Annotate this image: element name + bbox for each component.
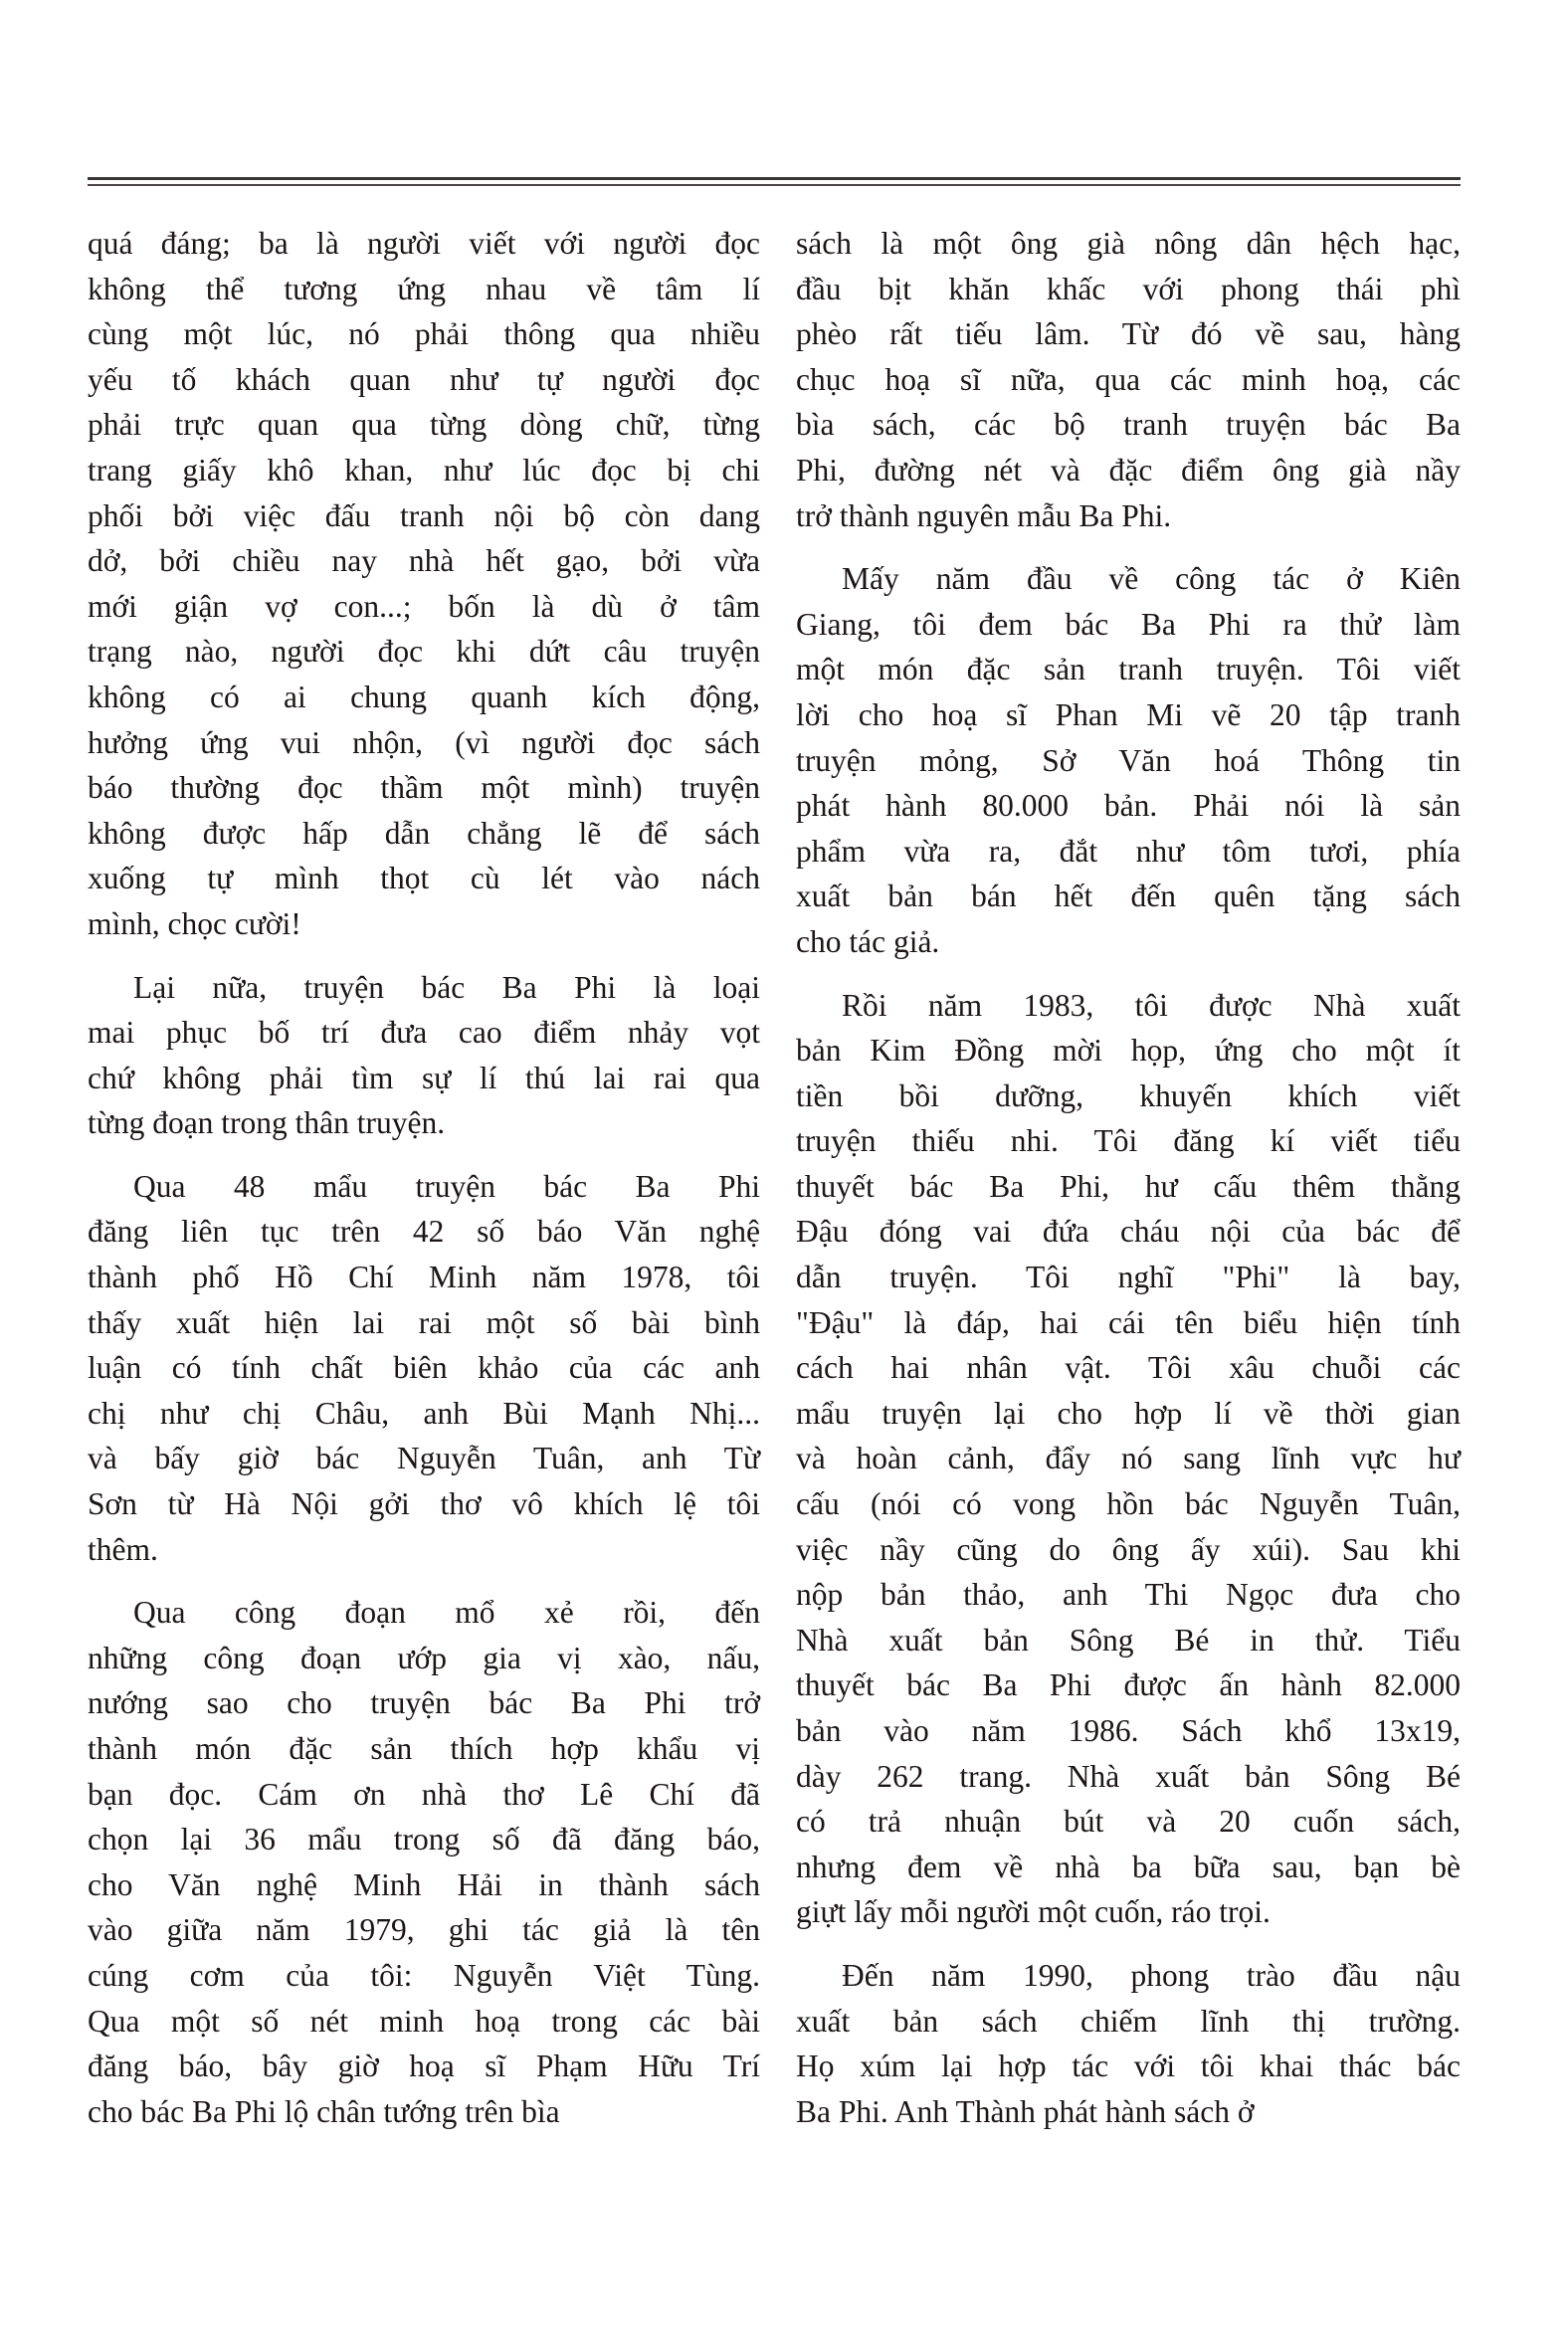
paragraph: sách là một ông già nông dân hệch hạc,đầ…: [796, 221, 1461, 538]
text-line: xuống tự mình thọt cù lét vào nách: [88, 856, 760, 901]
text-line: Nhà xuất bản Sông Bé in thử. Tiểu: [796, 1618, 1461, 1663]
text-line: Giang, tôi đem bác Ba Phi ra thử làm: [796, 602, 1461, 648]
text-line: Họ xúm lại hợp tác với tôi khai thác bác: [796, 2044, 1461, 2089]
text-line: đầu bịt khăn khấc với phong thái phì: [796, 267, 1461, 312]
text-line: thành món đặc sản thích hợp khẩu vị: [88, 1726, 760, 1772]
text-line: và bấy giờ bác Nguyễn Tuân, anh Từ: [88, 1436, 760, 1481]
text-line: Mấy năm đầu về công tác ở Kiên: [796, 556, 1461, 602]
text-line: vào giữa năm 1979, ghi tác giả là tên: [88, 1907, 760, 1953]
text-line: xuất bản bán hết đến quên tặng sách: [796, 874, 1461, 919]
text-line: không được hấp dẫn chẳng lẽ để sách: [88, 811, 760, 857]
text-line: đăng liên tục trên 42 số báo Văn nghệ: [88, 1209, 760, 1255]
text-line: bản Kim Đồng mời họp, ứng cho một ít: [796, 1028, 1461, 1074]
text-line: không thể tương ứng nhau về tâm lí: [88, 267, 760, 312]
text-line: thành phố Hồ Chí Minh năm 1978, tôi: [88, 1255, 760, 1300]
text-line: chị như chị Châu, anh Bùi Mạnh Nhị...: [88, 1391, 760, 1437]
text-line: Sơn từ Hà Nội gởi thơ vô khích lệ tôi: [88, 1481, 760, 1527]
text-line: cấu (nói có vong hồn bác Nguyễn Tuân,: [796, 1481, 1461, 1527]
text-line: thuyết bác Ba Phi, hư cấu thêm thằng: [796, 1164, 1461, 1210]
paragraph: Qua công đoạn mổ xẻ rồi, đếnnhững công đ…: [88, 1590, 760, 2134]
text-line: dở, bởi chiều nay nhà hết gạo, bởi vừa: [88, 538, 760, 584]
text-line: mình, chọc cười!: [88, 901, 760, 947]
text-line: chọn lại 36 mẩu trong số đã đăng báo,: [88, 1817, 760, 1862]
text-line: một món đặc sản tranh truyện. Tôi viết: [796, 647, 1461, 692]
text-line: Đến năm 1990, phong trào đầu nậu: [796, 1953, 1461, 1999]
text-line: "Đậu" là đáp, hai cái tên biểu hiện tính: [796, 1300, 1461, 1346]
text-line: trở thành nguyên mẫu Ba Phi.: [796, 493, 1461, 539]
text-line: truyện thiếu nhi. Tôi đăng kí viết tiểu: [796, 1118, 1461, 1164]
paragraph: Rồi năm 1983, tôi được Nhà xuấtbản Kim Đ…: [796, 983, 1461, 1935]
text-line: Lại nữa, truyện bác Ba Phi là loại: [88, 965, 760, 1011]
text-line: trang giấy khô khan, như lúc đọc bị chi: [88, 448, 760, 493]
paragraph: Qua 48 mẩu truyện bác Ba Phiđăng liên tụ…: [88, 1164, 760, 1572]
text-line: nhưng đem về nhà ba bữa sau, bạn bè: [796, 1845, 1461, 1890]
text-line: mai phục bố trí đưa cao điểm nhảy vọt: [88, 1010, 760, 1056]
text-line: thuyết bác Ba Phi được ấn hành 82.000: [796, 1662, 1461, 1708]
text-line: Qua một số nét minh hoạ trong các bài: [88, 1999, 760, 2045]
text-line: bìa sách, các bộ tranh truyện bác Ba: [796, 402, 1461, 448]
text-line: thấy xuất hiện lai rai một số bài bình: [88, 1300, 760, 1346]
text-line: chứ không phải tìm sự lí thú lai rai qua: [88, 1056, 760, 1101]
right-column: sách là một ông già nông dân hệch hạc,đầ…: [796, 221, 1461, 2152]
text-line: có trả nhuận bút và 20 cuốn sách,: [796, 1799, 1461, 1845]
text-line: nướng sao cho truyện bác Ba Phi trở: [88, 1680, 760, 1726]
text-line: và hoàn cảnh, đẩy nó sang lĩnh vực hư: [796, 1436, 1461, 1481]
text-line: truyện mỏng, Sở Văn hoá Thông tin: [796, 738, 1461, 784]
text-line: thêm.: [88, 1527, 760, 1573]
paragraph: Lại nữa, truyện bác Ba Phi là loạimai ph…: [88, 965, 760, 1146]
text-line: từng đoạn trong thân truyện.: [88, 1100, 760, 1146]
header-rule: [88, 177, 1461, 189]
text-line: việc nầy cũng do ông ấy xúi). Sau khi: [796, 1527, 1461, 1573]
text-line: phèo rất tiếu lâm. Từ đó về sau, hàng: [796, 311, 1461, 357]
text-line: tiền bồi dưỡng, khuyến khích viết: [796, 1074, 1461, 1119]
text-line: mới giận vợ con...; bốn là dù ở tâm: [88, 584, 760, 630]
text-line: Rồi năm 1983, tôi được Nhà xuất: [796, 983, 1461, 1029]
text-line: dày 262 trang. Nhà xuất bản Sông Bé: [796, 1754, 1461, 1800]
text-line: nộp bản thảo, anh Thi Ngọc đưa cho: [796, 1572, 1461, 1618]
text-line: luận có tính chất biên khảo của các anh: [88, 1345, 760, 1391]
text-line: xuất bản sách chiếm lĩnh thị trường.: [796, 1999, 1461, 2045]
text-line: cùng một lúc, nó phải thông qua nhiều: [88, 311, 760, 357]
text-line: cho Văn nghệ Minh Hải in thành sách: [88, 1862, 760, 1908]
text-line: lời cho hoạ sĩ Phan Mi vẽ 20 tập tranh: [796, 692, 1461, 738]
text-line: giựt lấy mỗi người một cuốn, ráo trọi.: [796, 1889, 1461, 1935]
text-line: không có ai chung quanh kích động,: [88, 675, 760, 720]
text-line: trạng nào, người đọc khi dứt câu truyện: [88, 629, 760, 675]
text-line: cho bác Ba Phi lộ chân tướng trên bìa: [88, 2089, 760, 2135]
header-rule-top-line: [88, 177, 1461, 180]
text-line: Đậu đóng vai đứa cháu nội của bác để: [796, 1209, 1461, 1255]
text-line: bản vào năm 1986. Sách khổ 13x19,: [796, 1708, 1461, 1754]
text-line: mẩu truyện lại cho hợp lí về thời gian: [796, 1391, 1461, 1437]
text-line: Qua 48 mẩu truyện bác Ba Phi: [88, 1164, 760, 1210]
text-line: Qua công đoạn mổ xẻ rồi, đến: [88, 1590, 760, 1636]
text-line: hưởng ứng vui nhộn, (vì người đọc sách: [88, 720, 760, 766]
text-line: phải trực quan qua từng dòng chữ, từng: [88, 402, 760, 448]
text-line: cách hai nhân vật. Tôi xâu chuỗi các: [796, 1345, 1461, 1391]
left-column: quá đáng; ba là người viết với người đọc…: [88, 221, 760, 2152]
text-line: Ba Phi. Anh Thành phát hành sách ở: [796, 2089, 1461, 2135]
text-line: sách là một ông già nông dân hệch hạc,: [796, 221, 1461, 267]
text-line: yếu tố khách quan như tự người đọc: [88, 357, 760, 403]
text-line: dẫn truyện. Tôi nghĩ "Phi" là bay,: [796, 1255, 1461, 1300]
text-line: cúng cơm của tôi: Nguyễn Việt Tùng.: [88, 1953, 760, 1999]
text-line: đăng báo, bây giờ hoạ sĩ Phạm Hữu Trí: [88, 2044, 760, 2089]
text-line: bạn đọc. Cám ơn nhà thơ Lê Chí đã: [88, 1772, 760, 1818]
text-line: phẩm vừa ra, đắt như tôm tươi, phía: [796, 829, 1461, 875]
text-line: quá đáng; ba là người viết với người đọc: [88, 221, 760, 267]
text-line: phối bởi việc đấu tranh nội bộ còn dang: [88, 493, 760, 539]
text-line: phát hành 80.000 bản. Phải nói là sản: [796, 783, 1461, 829]
text-line: Phi, đường nét và đặc điểm ông già nầy: [796, 448, 1461, 493]
header-rule-bottom-line: [88, 184, 1461, 186]
text-line: cho tác giả.: [796, 919, 1461, 965]
paragraph: quá đáng; ba là người viết với người đọc…: [88, 221, 760, 947]
paragraph: Mấy năm đầu về công tác ở KiênGiang, tôi…: [796, 556, 1461, 964]
text-line: những công đoạn ướp gia vị xào, nấu,: [88, 1636, 760, 1681]
paragraph: Đến năm 1990, phong trào đầu nậuxuất bản…: [796, 1953, 1461, 2134]
text-line: chục hoạ sĩ nữa, qua các minh hoạ, các: [796, 357, 1461, 403]
text-line: báo thường đọc thầm một mình) truyện: [88, 765, 760, 811]
